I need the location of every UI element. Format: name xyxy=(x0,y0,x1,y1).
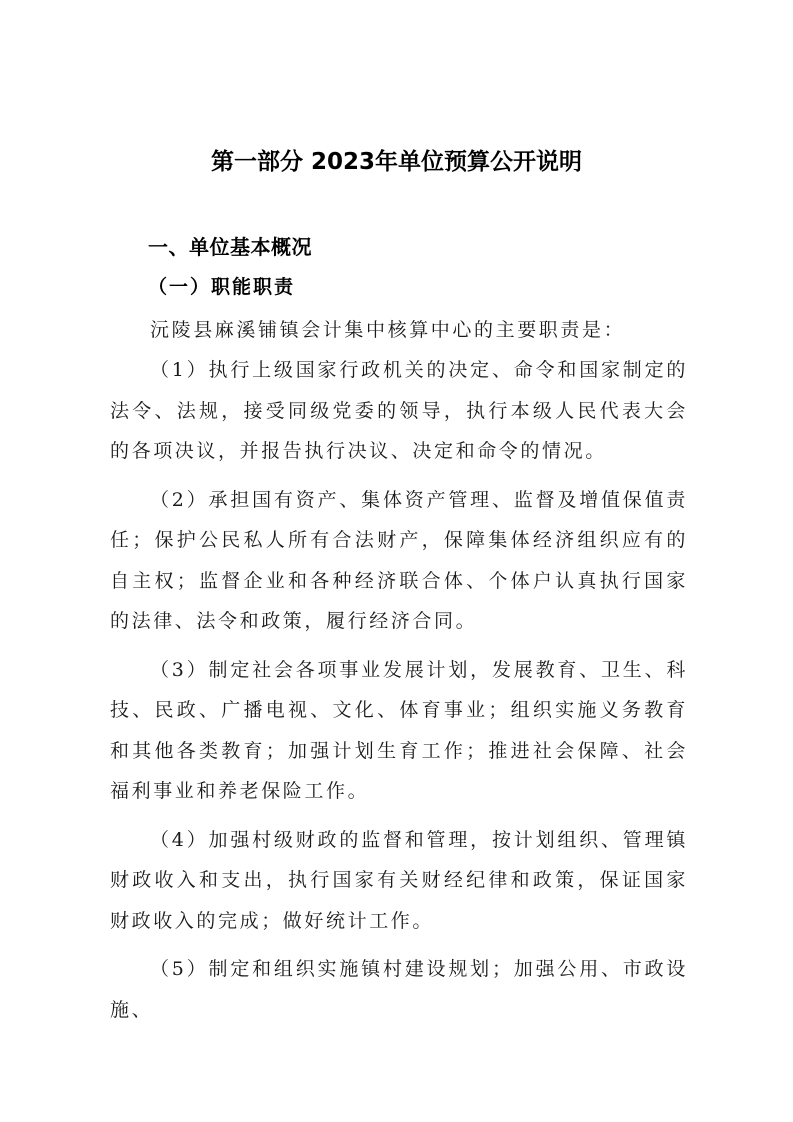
document-page: 第一部分 2023年单位预算公开说明 一、单位基本概况 （一）职能职责 沅陵县麻… xyxy=(0,0,793,1122)
document-title: 第一部分 2023年单位预算公开说明 xyxy=(0,145,793,179)
duty-item: （5）制定和组织实施镇村建设规划；加强公用、市政设施、 xyxy=(110,949,688,1030)
intro-paragraph-block: 沅陵县麻溪铺镇会计集中核算中心的主要职责是： xyxy=(110,310,688,351)
intro-paragraph: 沅陵县麻溪铺镇会计集中核算中心的主要职责是： xyxy=(110,310,688,351)
subsection-heading: （一）职能职责 xyxy=(148,272,295,302)
duty-item: （3）制定社会各项事业发展计划，发展教育、卫生、科技、民政、广播电视、文化、体育… xyxy=(110,650,688,812)
duty-number: （5） xyxy=(150,958,209,980)
duty-item: （2）承担国有资产、集体资产管理、监督及增值保值责任；保护公民私人所有合法财产，… xyxy=(110,480,688,642)
duty-number: （3） xyxy=(150,659,209,681)
duty-number: （4） xyxy=(150,829,209,851)
duty-item: （1）执行上级国家行政机关的决定、命令和国家制定的法令、法规，接受同级党委的领导… xyxy=(110,350,688,472)
duties-list: （1）执行上级国家行政机关的决定、命令和国家制定的法令、法规，接受同级党委的领导… xyxy=(110,350,688,1038)
duty-number: （2） xyxy=(150,489,209,511)
duty-number: （1） xyxy=(150,359,209,381)
section-heading: 一、单位基本概况 xyxy=(148,232,312,262)
duty-item: （4）加强村级财政的监督和管理，按计划组织、管理镇财政收入和支出，执行国家有关财… xyxy=(110,820,688,942)
